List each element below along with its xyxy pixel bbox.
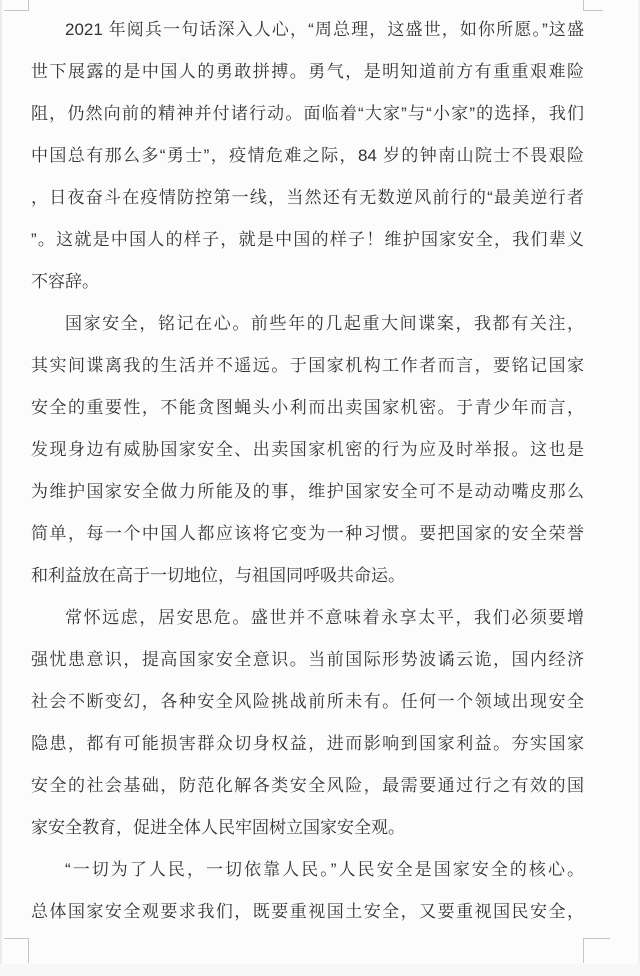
crop-mark-bottom-left: [4, 938, 29, 963]
text-line: 世下展露的是中国人的勇敢拼搏。勇气，是明知道前方有重重艰难险: [31, 51, 584, 93]
text-line: 总体国家安全观要求我们，既要重视国土安全，又要重视国民安全，: [31, 891, 584, 933]
text-line: 发现身边有威胁国家安全、出卖国家机密的行为应及时举报。这也是: [31, 429, 584, 471]
text-line: 隐患，都有可能损害群众切身权益，进而影响到国家利益。夯实国家: [31, 723, 584, 765]
text-line: 阻，仍然向前的精神并付诸行动。面临着“大家”与“小家”的选择，我们: [31, 93, 584, 135]
document-page: 2021 年阅兵一句话深入人心，“周总理，这盛世，如你所愿。”这盛世下展露的是中…: [0, 0, 640, 976]
text-line: 不容辞。: [31, 261, 584, 303]
paragraph: 2021 年阅兵一句话深入人心，“周总理，这盛世，如你所愿。”这盛世下展露的是中…: [31, 9, 584, 303]
text-line: 社会不断变幻，各种安全风险挑战前所未有。任何一个领域出现安全: [31, 681, 584, 723]
text-line: 国家安全，铭记在心。前些年的几起重大间谍案，我都有关注，: [31, 303, 584, 345]
text-line: ，日夜奋斗在疫情防控第一线，当然还有无数逆风前行的“最美逆行者: [31, 177, 584, 219]
paragraph: 国家安全，铭记在心。前些年的几起重大间谍案，我都有关注，其实间谍离我的生活并不遥…: [31, 303, 584, 597]
essay-text: 2021 年阅兵一句话深入人心，“周总理，这盛世，如你所愿。”这盛世下展露的是中…: [31, 9, 584, 933]
text-line: 安全的重要性，不能贪图蝇头小利而出卖国家机密。于青少年而言，: [31, 387, 584, 429]
paragraph: “一切为了人民，一切依靠人民。”人民安全是国家安全的核心。总体国家安全观要求我们…: [31, 849, 584, 933]
paragraph: 常怀远虑，居安思危。盛世并不意味着永享太平，我们必须要增强忧患意识，提高国家安全…: [31, 597, 584, 849]
text-line: 中国总有那么多“勇士”，疫情危难之际，84 岁的钟南山院士不畏艰险: [31, 135, 584, 177]
text-line: 2021 年阅兵一句话深入人心，“周总理，这盛世，如你所愿。”这盛: [31, 9, 584, 51]
text-line: 和利益放在高于一切地位，与祖国同呼吸共命运。: [31, 555, 584, 597]
crop-mark-top-left: [4, 0, 29, 11]
crop-mark-top-right: [583, 0, 603, 11]
text-line: 家安全教育，促进全体人民牢固树立国家安全观。: [31, 807, 584, 849]
page-edge-left: [0, 0, 2, 976]
crop-mark-bottom-right: [583, 938, 610, 963]
text-line: 常怀远虑，居安思危。盛世并不意味着永享太平，我们必须要增: [31, 597, 584, 639]
text-line: 安全的社会基础，防范化解各类安全风险，最需要通过行之有效的国: [31, 765, 584, 807]
text-line: 强忧患意识，提高国家安全意识。当前国际形势波谲云诡，国内经济: [31, 639, 584, 681]
text-line: 简单，每一个中国人都应该将它变为一种习惯。要把国家的安全荣誉: [31, 513, 584, 555]
text-line: ”。这就是中国人的样子，就是中国的样子！维护国家安全，我们辈义: [31, 219, 584, 261]
text-line: 其实间谍离我的生活并不遥远。于国家机构工作者而言，要铭记国家: [31, 345, 584, 387]
text-line: “一切为了人民，一切依靠人民。”人民安全是国家安全的核心。: [31, 849, 584, 891]
page-edge-bottom: [0, 964, 640, 976]
text-line: 为维护国家安全做力所能及的事，维护国家安全可不是动动嘴皮那么: [31, 471, 584, 513]
